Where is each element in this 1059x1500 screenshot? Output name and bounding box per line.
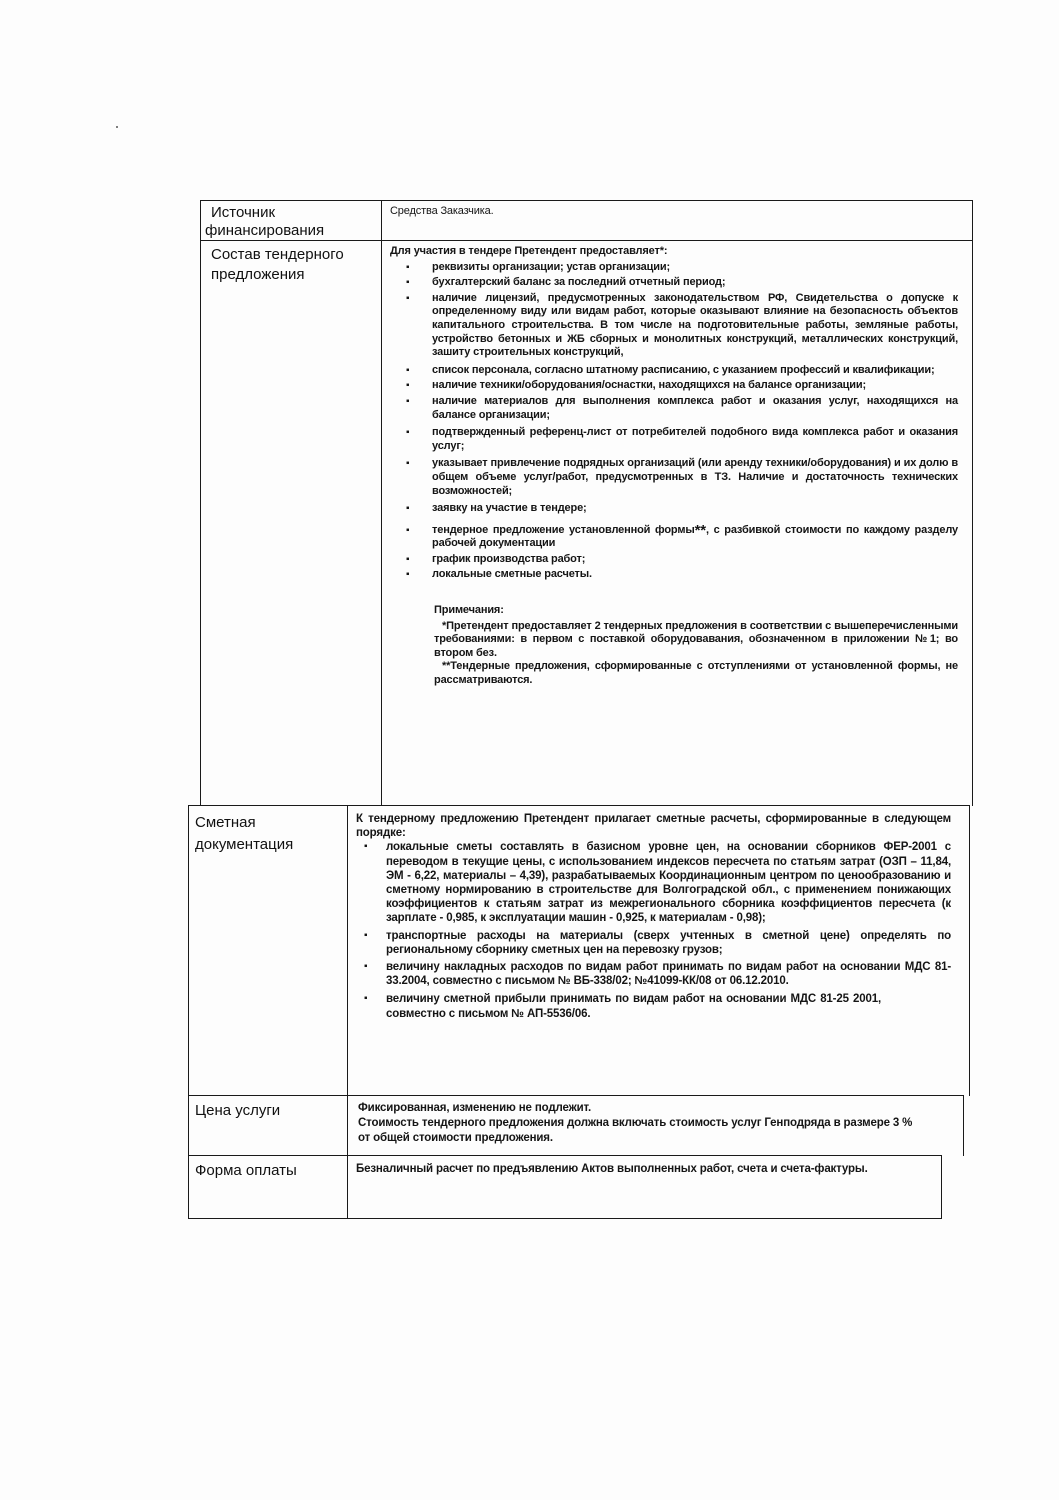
value-cell: Средства Заказчика.	[381, 201, 972, 241]
value-cell: К тендерному предложению Претендент прил…	[347, 806, 969, 1096]
value-cell: Фиксированная, изменению не подлежит. Ст…	[347, 1096, 963, 1156]
notes-block: Примечания: *Претендент предоставляет 2 …	[390, 604, 958, 688]
row-label-line: финансирования	[205, 222, 381, 240]
label-cell: Сметная документация	[189, 806, 347, 1096]
list-item: наличие техники/оборудования/оснастки, н…	[390, 379, 958, 393]
row-label-line: Состав тендерного	[211, 245, 381, 265]
row-service-price: Цена услуги Фиксированная, изменению не …	[188, 1095, 964, 1156]
estimate-intro: К тендерному предложению Претендент прил…	[356, 812, 951, 840]
list-item: указывает привлечение подрядных организа…	[390, 457, 958, 498]
tender-form-text: тендерное предложение установленной форм…	[432, 524, 695, 536]
list-item: список персонала, согласно штатному расп…	[390, 364, 958, 378]
row-payment-form: Форма оплаты Безналичный расчет по предъ…	[188, 1155, 942, 1219]
list-item: заявку на участие в тендере;	[390, 502, 958, 516]
note-1: *Претендент предоставляет 2 тендерных пр…	[434, 620, 958, 661]
label-cell: Цена услуги	[189, 1096, 347, 1156]
payment-form-text: Безналичный расчет по предъявлению Актов…	[356, 1162, 937, 1177]
list-item: величину накладных расходов по видам раб…	[356, 960, 951, 988]
list-item: величину сметной прибыли принимать по ви…	[356, 992, 951, 1020]
row-label-line: Источник	[211, 204, 381, 222]
row-tender-composition: Состав тендерного предложения Для участи…	[200, 240, 973, 806]
tender-intro: Для участия в тендере Претендент предост…	[390, 245, 958, 259]
notes-title: Примечания:	[434, 604, 958, 618]
price-line-1: Фиксированная, изменению не подлежит.	[358, 1101, 923, 1116]
label-cell: Состав тендерного предложения	[201, 241, 381, 806]
list-item: наличие лицензий, предусмотренных законо…	[390, 292, 958, 360]
list-item: транспортные расходы на материалы (сверх…	[356, 929, 951, 957]
row-estimate-docs: Сметная документация К тендерному предло…	[188, 805, 970, 1096]
row-label-line: документация	[195, 834, 347, 856]
list-item: график производства работ;	[390, 553, 958, 567]
list-item: тендерное предложение установленной форм…	[390, 524, 958, 551]
row-label-line: Форма оплаты	[195, 1161, 347, 1180]
value-cell: Безналичный расчет по предъявлению Актов…	[347, 1156, 941, 1218]
note-2: **Тендерные предложения, сформированные …	[434, 660, 958, 687]
list-item: подтвержденный референц-лист от потребит…	[390, 426, 958, 453]
footnote-marker: **	[695, 522, 706, 539]
list-item: реквизиты организации; устав организации…	[390, 261, 958, 275]
row-label-line: Цена услуги	[195, 1101, 347, 1120]
tender-items-list: реквизиты организации; устав организации…	[390, 261, 958, 582]
funding-source-text: Средства Заказчика.	[382, 201, 972, 219]
price-line-2: Стоимость тендерного предложения должна …	[358, 1116, 923, 1146]
label-cell: Источник финансирования	[201, 201, 381, 241]
list-item: локальные сметные расчеты.	[390, 568, 958, 582]
list-item: локальные сметы составлять в базисном ур…	[356, 840, 951, 925]
label-cell: Форма оплаты	[189, 1156, 347, 1218]
scan-speck	[116, 126, 118, 128]
list-item: бухгалтерский баланс за последний отчетн…	[390, 276, 958, 290]
row-funding-source: Источник финансирования Средства Заказчи…	[200, 200, 973, 241]
list-item: наличие материалов для выполнения компле…	[390, 395, 958, 422]
row-label-line: Сметная	[195, 812, 347, 834]
row-label-line: предложения	[211, 265, 381, 285]
value-cell: Для участия в тендере Претендент предост…	[381, 241, 972, 806]
estimate-items-list: локальные сметы составлять в базисном ур…	[356, 840, 951, 1020]
